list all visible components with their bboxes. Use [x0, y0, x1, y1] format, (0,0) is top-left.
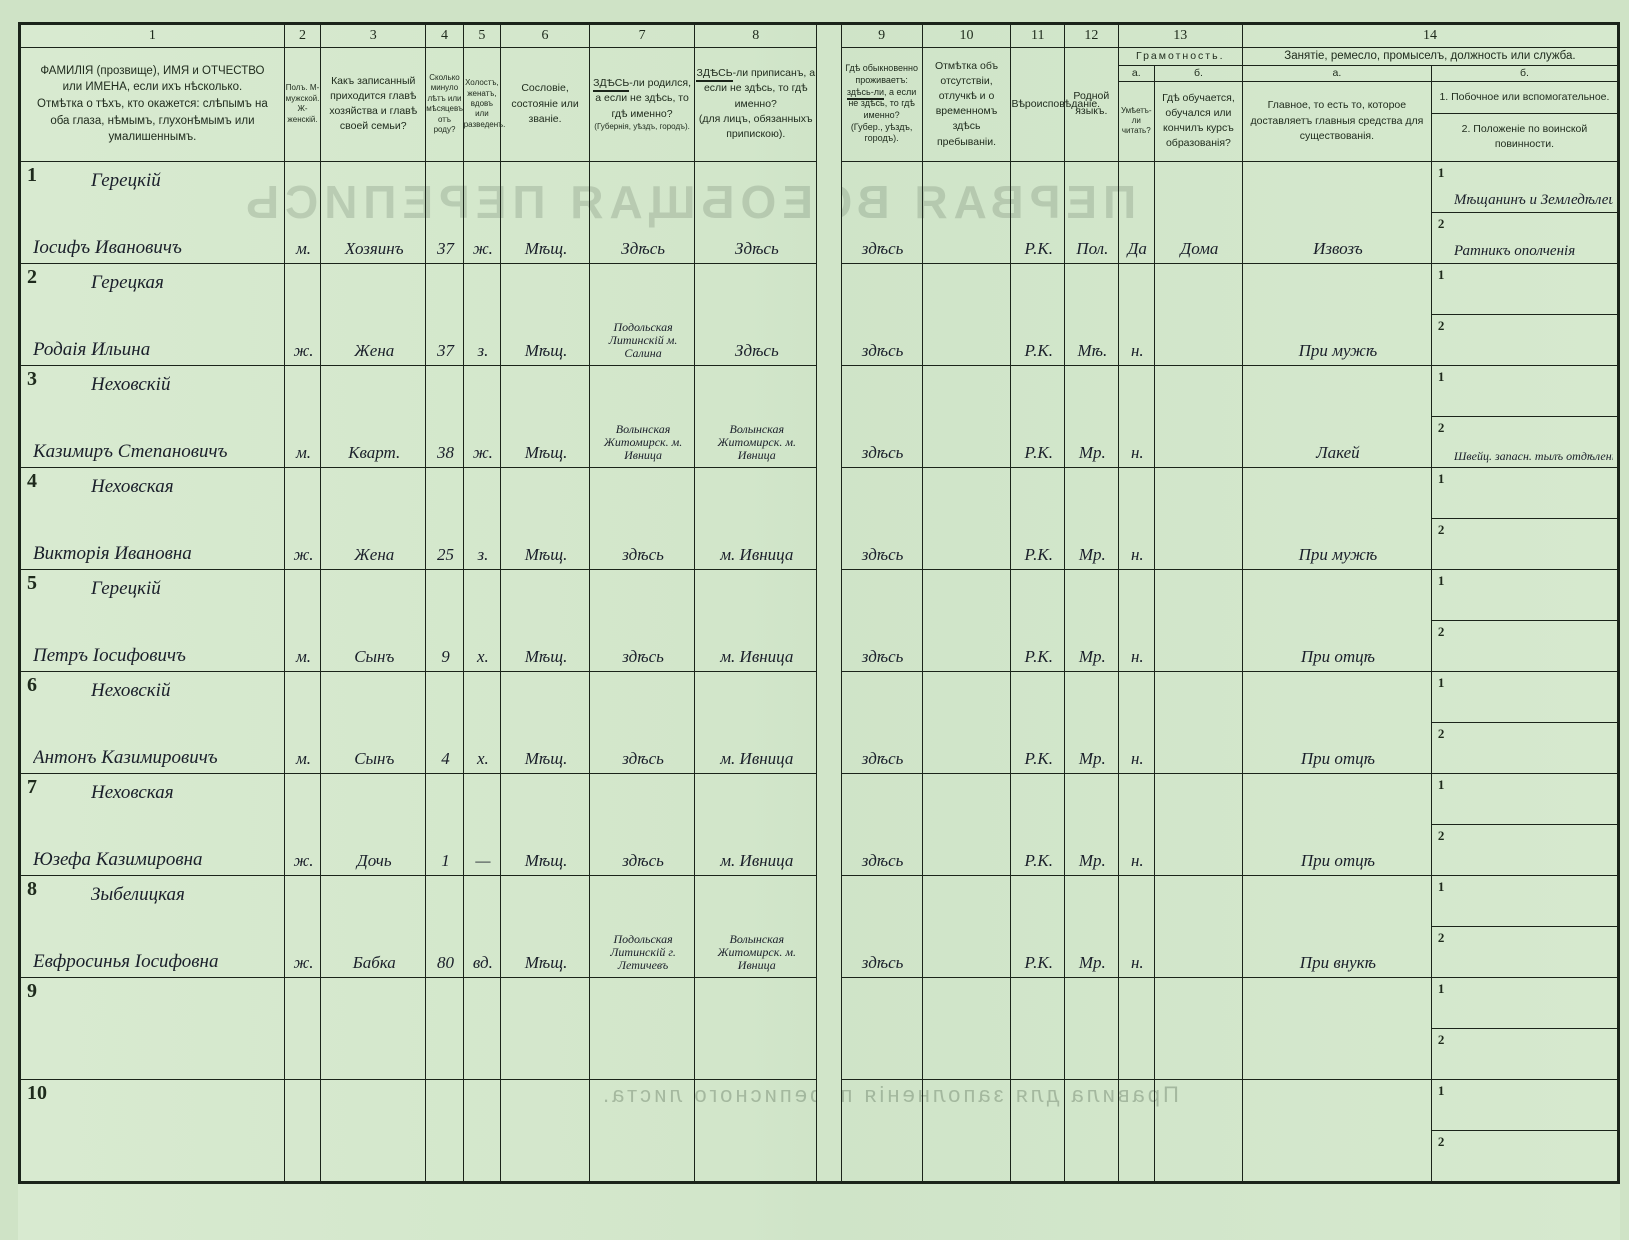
header-can-read: Умѣетъ-ли читать?	[1118, 81, 1154, 161]
language-cell[interactable]: Мр.	[1065, 773, 1119, 875]
religion-cell[interactable]: Р.К.	[1011, 161, 1065, 263]
sub-label-2: 2	[1438, 930, 1445, 946]
birthplace-cell[interactable]	[590, 977, 695, 1079]
surname: Неховскій	[91, 680, 170, 702]
reads-cell[interactable]: н.	[1118, 467, 1154, 569]
language-cell[interactable]	[1065, 977, 1119, 1079]
relation-cell[interactable]	[321, 1079, 426, 1182]
estate-cell[interactable]: Мѣщ.	[501, 875, 590, 977]
sex-cell[interactable]: м.	[284, 365, 320, 467]
header-literacy-b: б.	[1154, 65, 1242, 81]
education-cell[interactable]	[1154, 1079, 1242, 1182]
age-value: 9	[430, 647, 460, 667]
language-cell[interactable]: Мѣ.	[1065, 263, 1119, 365]
religion-cell[interactable]: Р.К.	[1011, 773, 1065, 875]
residence-cell[interactable]: здѣсь	[841, 161, 922, 263]
sub-label-1: 1	[1438, 1083, 1445, 1099]
row-number: 6	[27, 674, 37, 697]
estate-cell[interactable]: Мѣщ.	[501, 161, 590, 263]
header-main-occupation: Главное, то есть то, которое доставляетъ…	[1242, 81, 1431, 161]
sex-cell[interactable]: м.	[284, 161, 320, 263]
absence-cell[interactable]	[922, 1079, 1011, 1182]
sub-label-1: 1	[1438, 165, 1445, 181]
birthplace-cell[interactable]: здѣсь	[590, 773, 695, 875]
birthplace-value: здѣсь	[594, 749, 692, 769]
header-occupation-b-split: 1. Побочное или вспомогательное. 2. Поло…	[1431, 81, 1618, 161]
sex-cell[interactable]: ж.	[284, 263, 320, 365]
occupation-value: При мужѣ	[1247, 545, 1429, 565]
marital-value: х.	[468, 647, 498, 667]
age-value: 38	[430, 443, 460, 463]
estate-cell[interactable]	[501, 977, 590, 1079]
registered-value: Волынская Житомирск. м. Ивница	[699, 423, 814, 463]
absence-cell[interactable]	[922, 161, 1011, 263]
military-status-cell[interactable]: 2	[1432, 621, 1617, 671]
secondary-occupation-cell[interactable]: 1	[1432, 672, 1617, 723]
estate-value: Мѣщ.	[505, 647, 587, 667]
residence-value: здѣсь	[846, 953, 920, 973]
col-num-11: 11	[1011, 24, 1065, 48]
header-secondary-occupation: 1. Побочное или вспомогательное.	[1432, 82, 1617, 114]
header-marital: Холостъ, женатъ, вдовъ или разведенъ.	[463, 48, 500, 162]
header-registered-emph: ЗДѢСЬ	[696, 67, 732, 82]
military-status-cell[interactable]: 2Швейц. запасн. тылъ отдѣленія	[1432, 417, 1617, 467]
residence-cell[interactable]: здѣсь	[841, 467, 922, 569]
relation-value: Жена	[325, 341, 423, 361]
registered-cell[interactable]: Здѣсь	[695, 161, 817, 263]
reads-cell[interactable]: н.	[1118, 365, 1154, 467]
education-cell[interactable]	[1154, 773, 1242, 875]
marital-cell[interactable]: вд.	[463, 875, 500, 977]
registered-value: м. Ивница	[699, 545, 814, 565]
relation-cell[interactable]: Бабка	[321, 875, 426, 977]
estate-cell[interactable]: Мѣщ.	[501, 773, 590, 875]
relation-value: Бабка	[325, 953, 423, 973]
header-residence-note: (Губер., уѣздъ, городъ).	[842, 122, 922, 145]
registered-cell[interactable]	[695, 1079, 817, 1182]
relation-cell[interactable]	[321, 977, 426, 1079]
name-cell[interactable]: 5ГерецкійПетръ Іосифовичъ	[20, 569, 285, 671]
marital-cell[interactable]: х.	[463, 569, 500, 671]
header-estate: Сословіе, состояніе или званіе.	[501, 48, 590, 162]
education-cell[interactable]	[1154, 569, 1242, 671]
military-status-cell[interactable]: 2	[1432, 927, 1617, 977]
name-cell[interactable]: 7НеховскаяЮзефа Казимировна	[20, 773, 285, 875]
reads-cell[interactable]: н.	[1118, 875, 1154, 977]
sex-cell[interactable]: ж.	[284, 875, 320, 977]
estate-cell[interactable]: Мѣщ.	[501, 263, 590, 365]
name-cell[interactable]: 9	[20, 977, 285, 1079]
reads-cell[interactable]	[1118, 977, 1154, 1079]
education-cell[interactable]	[1154, 365, 1242, 467]
occupation-value: При внукѣ	[1247, 953, 1429, 973]
given-name: Викторія Ивановна	[33, 543, 192, 565]
marital-cell[interactable]: з.	[463, 263, 500, 365]
registered-cell[interactable]: м. Ивница	[695, 773, 817, 875]
military-status-cell[interactable]: 2	[1432, 315, 1617, 365]
col-num-6: 6	[501, 24, 590, 48]
sub-label-1: 1	[1438, 573, 1445, 589]
age-cell[interactable]	[426, 977, 463, 1079]
row-number: 10	[27, 1082, 47, 1105]
given-name: Антонъ Казимировичъ	[33, 747, 218, 769]
religion-value: Р.К.	[1015, 749, 1062, 769]
sex-value: ж.	[289, 341, 318, 361]
religion-value: Р.К.	[1015, 647, 1062, 667]
col-num-1: 1	[20, 24, 285, 48]
header-religion: Вѣроисповѣданіе.	[1011, 48, 1065, 162]
reads-cell[interactable]: н.	[1118, 671, 1154, 773]
sub-label-2: 2	[1438, 624, 1445, 640]
header-name: ФАМИЛІЯ (прозвище), ИМЯ и ОТЧЕСТВО или И…	[20, 48, 285, 162]
secondary-occupation-cell[interactable]: 1	[1432, 1080, 1617, 1131]
religion-cell[interactable]: Р.К.	[1011, 365, 1065, 467]
page-gutter	[817, 24, 841, 1183]
residence-value: здѣсь	[846, 239, 920, 259]
col-num-2: 2	[284, 24, 320, 48]
military-status-cell[interactable]: 2	[1432, 723, 1617, 773]
secondary-occupation-cell[interactable]: 1	[1432, 978, 1617, 1029]
occupation-cell[interactable]: При внукѣ	[1242, 875, 1431, 977]
sex-value: м.	[289, 647, 318, 667]
sex-cell[interactable]: м.	[284, 569, 320, 671]
military-status-cell[interactable]: 2	[1432, 825, 1617, 875]
education-cell[interactable]	[1154, 263, 1242, 365]
residence-value: здѣсь	[846, 851, 920, 871]
occupation-cell[interactable]: При мужѣ	[1242, 263, 1431, 365]
absence-cell[interactable]	[922, 977, 1011, 1079]
estate-cell[interactable]: Мѣщ.	[501, 671, 590, 773]
given-name: Іосифъ Ивановичъ	[33, 237, 182, 259]
registered-cell[interactable]: м. Ивница	[695, 671, 817, 773]
relation-value: Сынъ	[325, 749, 423, 769]
reads-cell[interactable]: н.	[1118, 263, 1154, 365]
registered-value: м. Ивница	[699, 647, 814, 667]
sub-label-2: 2	[1438, 726, 1445, 742]
occupation-value: При отцѣ	[1247, 851, 1429, 871]
sex-cell[interactable]: м.	[284, 671, 320, 773]
header-occupation-b: б.	[1431, 65, 1618, 81]
surname: Неховскій	[91, 374, 170, 396]
reads-value: н.	[1123, 341, 1152, 361]
relation-cell[interactable]: Сынъ	[321, 569, 426, 671]
religion-cell[interactable]	[1011, 977, 1065, 1079]
registered-cell[interactable]: Здѣсь	[695, 263, 817, 365]
education-cell[interactable]	[1154, 467, 1242, 569]
education-cell[interactable]	[1154, 977, 1242, 1079]
marital-cell[interactable]	[463, 1079, 500, 1182]
birthplace-cell[interactable]: здѣсь	[590, 569, 695, 671]
age-cell[interactable]: 37	[426, 263, 463, 365]
birthplace-value: здѣсь	[594, 545, 692, 565]
age-cell[interactable]: 4	[426, 671, 463, 773]
header-residence: Гдѣ обыкновенно проживаетъ: здѣсь-ли, а …	[841, 48, 922, 162]
registered-value: Здѣсь	[699, 239, 814, 259]
surname: Неховская	[91, 782, 174, 804]
religion-value: Р.К.	[1015, 341, 1062, 361]
row-number: 1	[27, 164, 37, 187]
sub-label-2: 2	[1438, 1134, 1445, 1150]
marital-cell[interactable]: —	[463, 773, 500, 875]
secondary-occupation-cell[interactable]: 1	[1432, 876, 1617, 927]
given-name: Казимиръ Степановичъ	[33, 441, 227, 463]
secondary-occupation-cell[interactable]: 1	[1432, 468, 1617, 519]
relation-value: Сынъ	[325, 647, 423, 667]
language-value: Мѣ.	[1069, 341, 1116, 361]
marital-cell[interactable]: з.	[463, 467, 500, 569]
language-value: Пол.	[1069, 239, 1116, 259]
religion-value: Р.К.	[1015, 443, 1062, 463]
religion-cell[interactable]: Р.К.	[1011, 263, 1065, 365]
language-value: Мр.	[1069, 443, 1116, 463]
name-cell[interactable]: 1ГерецкійІосифъ Ивановичъ	[20, 161, 285, 263]
relation-cell[interactable]: Хозяинъ	[321, 161, 426, 263]
occupation-b-cell: 1 2	[1431, 569, 1618, 671]
secondary-occupation-cell[interactable]: 1	[1432, 366, 1617, 417]
residence-cell[interactable]: здѣсь	[841, 263, 922, 365]
residence-cell[interactable]: здѣсь	[841, 773, 922, 875]
language-cell[interactable]: Мр.	[1065, 875, 1119, 977]
occupation-cell[interactable]: При отцѣ	[1242, 773, 1431, 875]
language-cell[interactable]: Мр.	[1065, 671, 1119, 773]
language-value: Мр.	[1069, 545, 1116, 565]
language-cell[interactable]	[1065, 1079, 1119, 1182]
residence-cell[interactable]: здѣсь	[841, 569, 922, 671]
military-status-cell[interactable]: 2	[1432, 1029, 1617, 1079]
sex-value: ж.	[289, 851, 318, 871]
residence-cell[interactable]: здѣсь	[841, 671, 922, 773]
birthplace-cell[interactable]: здѣсь	[590, 467, 695, 569]
header-education: Гдѣ обучается, обучался или кончилъ курс…	[1154, 81, 1242, 161]
given-name: Евфросинья Іосифовна	[33, 951, 218, 973]
marital-cell[interactable]: ж.	[463, 365, 500, 467]
reads-value: н.	[1123, 749, 1152, 769]
sub-label-1: 1	[1438, 981, 1445, 997]
occupation-b-cell: 1 2	[1431, 977, 1618, 1079]
name-cell[interactable]: 2ГерецкаяРодаія Ильина	[20, 263, 285, 365]
sex-cell[interactable]: ж.	[284, 467, 320, 569]
sub-label-2: 2	[1438, 216, 1445, 232]
reads-cell[interactable]: н.	[1118, 569, 1154, 671]
occupation-cell[interactable]: При отцѣ	[1242, 569, 1431, 671]
religion-value: Р.К.	[1015, 239, 1062, 259]
estate-cell[interactable]: Мѣщ.	[501, 569, 590, 671]
occupation-cell[interactable]: При отцѣ	[1242, 671, 1431, 773]
religion-cell[interactable]: Р.К.	[1011, 671, 1065, 773]
absence-cell[interactable]	[922, 365, 1011, 467]
military-status-cell[interactable]: 2Ратникъ ополченія	[1432, 213, 1617, 263]
occupation-b-cell: 1 2	[1431, 773, 1618, 875]
header-registered: ЗДѢСЬ-ли приписанъ, а если не здѣсь, то …	[695, 48, 817, 162]
registered-cell[interactable]: Волынская Житомирск. м. Ивница	[695, 875, 817, 977]
residence-cell[interactable]	[841, 977, 922, 1079]
language-cell[interactable]: Мр.	[1065, 569, 1119, 671]
name-cell[interactable]: 6НеховскійАнтонъ Казимировичъ	[20, 671, 285, 773]
row-number: 7	[27, 776, 37, 799]
secondary-occupation-cell[interactable]: 1Мѣщанинъ и Земледѣлецъ	[1432, 162, 1617, 213]
name-cell[interactable]: 3НеховскійКазимиръ Степановичъ	[20, 365, 285, 467]
education-cell[interactable]	[1154, 875, 1242, 977]
surname: Зыбелицкая	[91, 884, 185, 906]
religion-cell[interactable]: Р.К.	[1011, 875, 1065, 977]
col-num-9: 9	[841, 24, 922, 48]
marital-value: вд.	[468, 953, 498, 973]
language-cell[interactable]: Мр.	[1065, 365, 1119, 467]
registered-value: м. Ивница	[699, 749, 814, 769]
sex-value: м.	[289, 443, 318, 463]
census-table: 1 2 3 4 5 6 7 8 9 10 11 12 13 14 ФАМИЛІЯ…	[18, 22, 1620, 1184]
given-name: Родаія Ильина	[33, 339, 150, 361]
military-status-cell[interactable]: 2	[1432, 1131, 1617, 1181]
marital-value: ж.	[468, 443, 498, 463]
reads-cell[interactable]	[1118, 1079, 1154, 1182]
relation-cell[interactable]: Кварт.	[321, 365, 426, 467]
absence-cell[interactable]	[922, 263, 1011, 365]
reads-value: н.	[1123, 545, 1152, 565]
absence-cell[interactable]	[922, 773, 1011, 875]
birthplace-value: здѣсь	[594, 851, 692, 871]
marital-value: з.	[468, 341, 498, 361]
row-number: 4	[27, 470, 37, 493]
age-cell[interactable]: 1	[426, 773, 463, 875]
secondary-occupation-cell[interactable]: 1	[1432, 570, 1617, 621]
col-num-7: 7	[590, 24, 695, 48]
col-num-4: 4	[426, 24, 463, 48]
birthplace-cell[interactable]: здѣсь	[590, 671, 695, 773]
reads-cell[interactable]: Да	[1118, 161, 1154, 263]
age-cell[interactable]: 9	[426, 569, 463, 671]
header-occupation-a: а.	[1242, 65, 1431, 81]
age-value: 25	[430, 545, 460, 565]
col-num-8: 8	[695, 24, 817, 48]
registered-cell[interactable]	[695, 977, 817, 1079]
sex-cell[interactable]	[284, 977, 320, 1079]
language-value: Мр.	[1069, 647, 1116, 667]
residence-cell[interactable]: здѣсь	[841, 365, 922, 467]
relation-cell[interactable]: Жена	[321, 263, 426, 365]
education-cell[interactable]	[1154, 671, 1242, 773]
language-cell[interactable]: Мр.	[1065, 467, 1119, 569]
occupation-value: При мужѣ	[1247, 341, 1429, 361]
marital-value: х.	[468, 749, 498, 769]
occupation-cell[interactable]	[1242, 1079, 1431, 1182]
estate-cell[interactable]	[501, 1079, 590, 1182]
occupation-b-cell: 1 2Швейц. запасн. тылъ отдѣленія	[1431, 365, 1618, 467]
name-cell[interactable]: 4НеховскаяВикторія Ивановна	[20, 467, 285, 569]
estate-value: Мѣщ.	[505, 239, 587, 259]
absence-cell[interactable]	[922, 875, 1011, 977]
birthplace-value: Волынская Житомирск. м. Ивница	[594, 423, 692, 463]
name-cell[interactable]: 8ЗыбелицкаяЕвфросинья Іосифовна	[20, 875, 285, 977]
row-number: 2	[27, 266, 37, 289]
language-cell[interactable]: Пол.	[1065, 161, 1119, 263]
row-number: 5	[27, 572, 37, 595]
estate-value: Мѣщ.	[505, 953, 587, 973]
religion-cell[interactable]	[1011, 1079, 1065, 1182]
secondary-occupation-cell[interactable]: 1	[1432, 774, 1617, 825]
registered-cell[interactable]: м. Ивница	[695, 467, 817, 569]
header-occupation: Занятіе, ремесло, промыселъ, должность и…	[1242, 48, 1618, 66]
military-status-cell[interactable]: 2	[1432, 519, 1617, 569]
birthplace-cell[interactable]: Волынская Житомирск. м. Ивница	[590, 365, 695, 467]
relation-value: Жена	[325, 545, 423, 565]
row-number: 8	[27, 878, 37, 901]
education-cell[interactable]: Дома	[1154, 161, 1242, 263]
religion-cell[interactable]: Р.К.	[1011, 467, 1065, 569]
age-value: 4	[430, 749, 460, 769]
religion-cell[interactable]: Р.К.	[1011, 569, 1065, 671]
absence-cell[interactable]	[922, 671, 1011, 773]
relation-value: Дочь	[325, 851, 423, 871]
education-value: Дома	[1159, 239, 1240, 259]
absence-cell[interactable]	[922, 467, 1011, 569]
occupation-value: Извозъ	[1247, 239, 1429, 259]
sex-cell[interactable]	[284, 1079, 320, 1182]
age-cell[interactable]	[426, 1079, 463, 1182]
registered-value: Здѣсь	[699, 341, 814, 361]
surname: Герецкая	[91, 272, 164, 294]
estate-cell[interactable]: Мѣщ.	[501, 467, 590, 569]
marital-cell[interactable]: х.	[463, 671, 500, 773]
relation-cell[interactable]: Сынъ	[321, 671, 426, 773]
residence-cell[interactable]	[841, 1079, 922, 1182]
header-birthplace-emph: ЗДѢСЬ	[593, 77, 629, 92]
sex-cell[interactable]: ж.	[284, 773, 320, 875]
marital-value: ж.	[468, 239, 498, 259]
registered-value: м. Ивница	[699, 851, 814, 871]
occupation-b-cell: 1Мѣщанинъ и Земледѣлецъ 2Ратникъ ополчен…	[1431, 161, 1618, 263]
age-cell[interactable]: 25	[426, 467, 463, 569]
registered-cell[interactable]: Волынская Житомирск. м. Ивница	[695, 365, 817, 467]
sub-label-1: 1	[1438, 675, 1445, 691]
name-cell[interactable]: 10	[20, 1079, 285, 1182]
birthplace-cell[interactable]: Подольская Литинскій г. Летичевъ	[590, 875, 695, 977]
surname: Неховская	[91, 476, 174, 498]
religion-value: Р.К.	[1015, 545, 1062, 565]
header-sex: Полъ. М-мужской. Ж-женскій.	[284, 48, 320, 162]
reads-cell[interactable]: н.	[1118, 773, 1154, 875]
relation-cell[interactable]: Жена	[321, 467, 426, 569]
absence-cell[interactable]	[922, 569, 1011, 671]
header-registered-note: (для лицъ, обязанныхъ припискою).	[695, 112, 816, 142]
age-cell[interactable]: 38	[426, 365, 463, 467]
col-num-12: 12	[1065, 24, 1119, 48]
marital-cell[interactable]	[463, 977, 500, 1079]
military-status-value: Швейц. запасн. тылъ отдѣленія	[1454, 449, 1613, 464]
occupation-cell[interactable]	[1242, 977, 1431, 1079]
birthplace-cell[interactable]: Подольская Литинскій м. Салина	[590, 263, 695, 365]
occupation-cell[interactable]: При мужѣ	[1242, 467, 1431, 569]
occupation-cell[interactable]: Извозъ	[1242, 161, 1431, 263]
age-value: 37	[430, 341, 460, 361]
header-birthplace-note: (Губернія, уѣздъ, городъ).	[590, 122, 694, 132]
age-cell[interactable]: 80	[426, 875, 463, 977]
age-cell[interactable]: 37	[426, 161, 463, 263]
estate-value: Мѣщ.	[505, 443, 587, 463]
estate-cell[interactable]: Мѣщ.	[501, 365, 590, 467]
secondary-occupation-cell[interactable]: 1	[1432, 264, 1617, 315]
registered-cell[interactable]: м. Ивница	[695, 569, 817, 671]
marital-value: з.	[468, 545, 498, 565]
birthplace-cell[interactable]	[590, 1079, 695, 1182]
occupation-cell[interactable]: Лакей	[1242, 365, 1431, 467]
birthplace-cell[interactable]: Здѣсь	[590, 161, 695, 263]
relation-cell[interactable]: Дочь	[321, 773, 426, 875]
header-name-line2: Отмѣтка о тѣхъ, кто окажется: слѣпымъ на…	[31, 96, 274, 146]
residence-cell[interactable]: здѣсь	[841, 875, 922, 977]
marital-cell[interactable]: ж.	[463, 161, 500, 263]
estate-value: Мѣщ.	[505, 341, 587, 361]
